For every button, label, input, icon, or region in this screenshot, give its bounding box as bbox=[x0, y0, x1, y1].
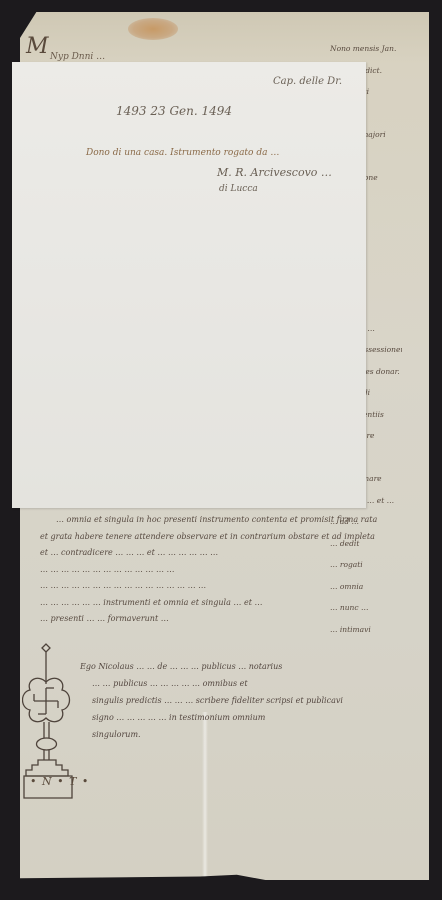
text-line: … … … … … … … … … … … … … bbox=[40, 562, 412, 579]
header-initial: M bbox=[26, 34, 49, 59]
document-body: … omnia et singula in hoc presenti instr… bbox=[40, 512, 412, 628]
header-line: Nyp Dnni … bbox=[50, 52, 105, 62]
notarial-colophon: Ego Nicolaus … … de … … … publicus … not… bbox=[80, 658, 420, 743]
slip-subject: Dono di una casa. Istrumento rogato da … bbox=[86, 148, 279, 158]
slip-date: 1493 23 Gen. 1494 bbox=[116, 104, 232, 118]
slip-signature-place: di Lucca bbox=[219, 184, 258, 194]
text-line: … … … … … … instrumenti et omnia et sing… bbox=[40, 595, 412, 612]
text-line: … … … … … … … … … … … … … … … … bbox=[40, 578, 412, 595]
archival-slip: Cap. delle Dr. 1493 23 Gen. 1494 Dono di… bbox=[12, 62, 366, 508]
text-line: singulorum. bbox=[80, 726, 420, 743]
notary-sign-initials: • N • T • bbox=[30, 775, 89, 788]
stain-mark bbox=[128, 18, 178, 40]
slip-signature: M. R. Arcivescovo … bbox=[217, 166, 332, 179]
text-line: Nono mensis Jan. bbox=[330, 38, 402, 60]
text-line: et … contradicere … … … et … … … … … … bbox=[40, 545, 412, 562]
text-line: signo … … … … … in testimonium omnium bbox=[80, 709, 420, 726]
text-line: Ego Nicolaus … … de … … … publicus … not… bbox=[80, 658, 420, 675]
text-line: … omnia et singula in hoc presenti instr… bbox=[40, 512, 412, 529]
slip-top-note: Cap. delle Dr. bbox=[273, 76, 342, 87]
text-line: … … publicus … … … … … omnibus et bbox=[80, 675, 420, 692]
text-line: et grata habere tenere attendere observa… bbox=[40, 529, 412, 546]
text-line: singulis predictis … … … scribere fideli… bbox=[80, 692, 420, 709]
text-line: … presenti … … formaverunt … bbox=[40, 611, 412, 628]
